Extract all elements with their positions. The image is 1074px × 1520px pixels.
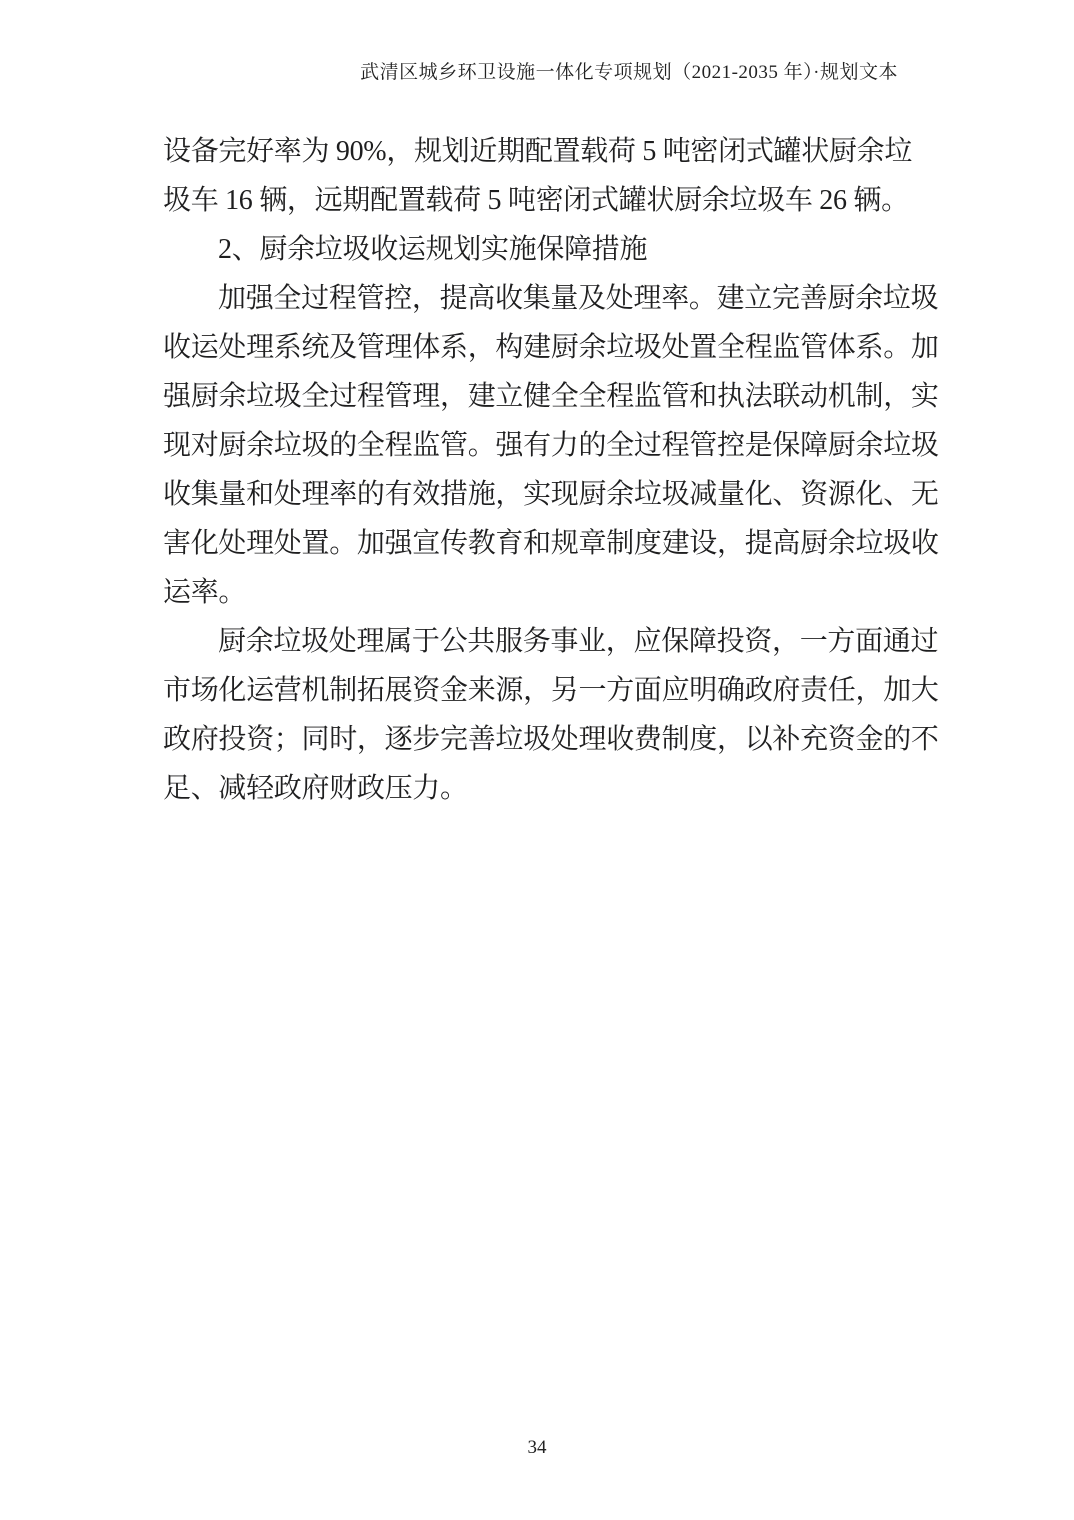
text-line: 市场化运营机制拓展资金来源，另一方面应明确政府责任，加大 bbox=[163, 666, 913, 715]
text-line: 设备完好率为 90%，规划近期配置载荷 5 吨密闭式罐状厨余垃 bbox=[163, 127, 913, 176]
text-line: 收运处理系统及管理体系，构建厨余垃圾处置全程监管体系。加 bbox=[163, 323, 913, 372]
text-line: 政府投资；同时，逐步完善垃圾处理收费制度，以补充资金的不 bbox=[163, 715, 913, 764]
document-body: 设备完好率为 90%，规划近期配置载荷 5 吨密闭式罐状厨余垃 圾车 16 辆，… bbox=[163, 127, 913, 813]
running-header: 武清区城乡环卫设施一体化专项规划（2021-2035 年）·规划文本 bbox=[163, 58, 898, 88]
text-line: 运率。 bbox=[163, 568, 913, 617]
document-page: 武清区城乡环卫设施一体化专项规划（2021-2035 年）·规划文本 设备完好率… bbox=[0, 0, 1074, 1520]
text-line: 害化处理处置。加强宣传教育和规章制度建设，提高厨余垃圾收 bbox=[163, 519, 913, 568]
text-line: 足、减轻政府财政压力。 bbox=[163, 764, 913, 813]
text-line: 现对厨余垃圾的全程监管。强有力的全过程管控是保障厨余垃圾 bbox=[163, 421, 913, 470]
text-line: 收集量和处理率的有效措施，实现厨余垃圾减量化、资源化、无 bbox=[163, 470, 913, 519]
text-line: 厨余垃圾处理属于公共服务事业，应保障投资，一方面通过 bbox=[163, 617, 913, 666]
section-heading: 2、厨余垃圾收运规划实施保障措施 bbox=[163, 225, 913, 274]
text-line: 强厨余垃圾全过程管理，建立健全全程监管和执法联动机制，实 bbox=[163, 372, 913, 421]
page-number: 34 bbox=[0, 1435, 1074, 1461]
text-line: 加强全过程管控，提高收集量及处理率。建立完善厨余垃圾 bbox=[163, 274, 913, 323]
text-line: 圾车 16 辆，远期配置载荷 5 吨密闭式罐状厨余垃圾车 26 辆。 bbox=[163, 176, 913, 225]
